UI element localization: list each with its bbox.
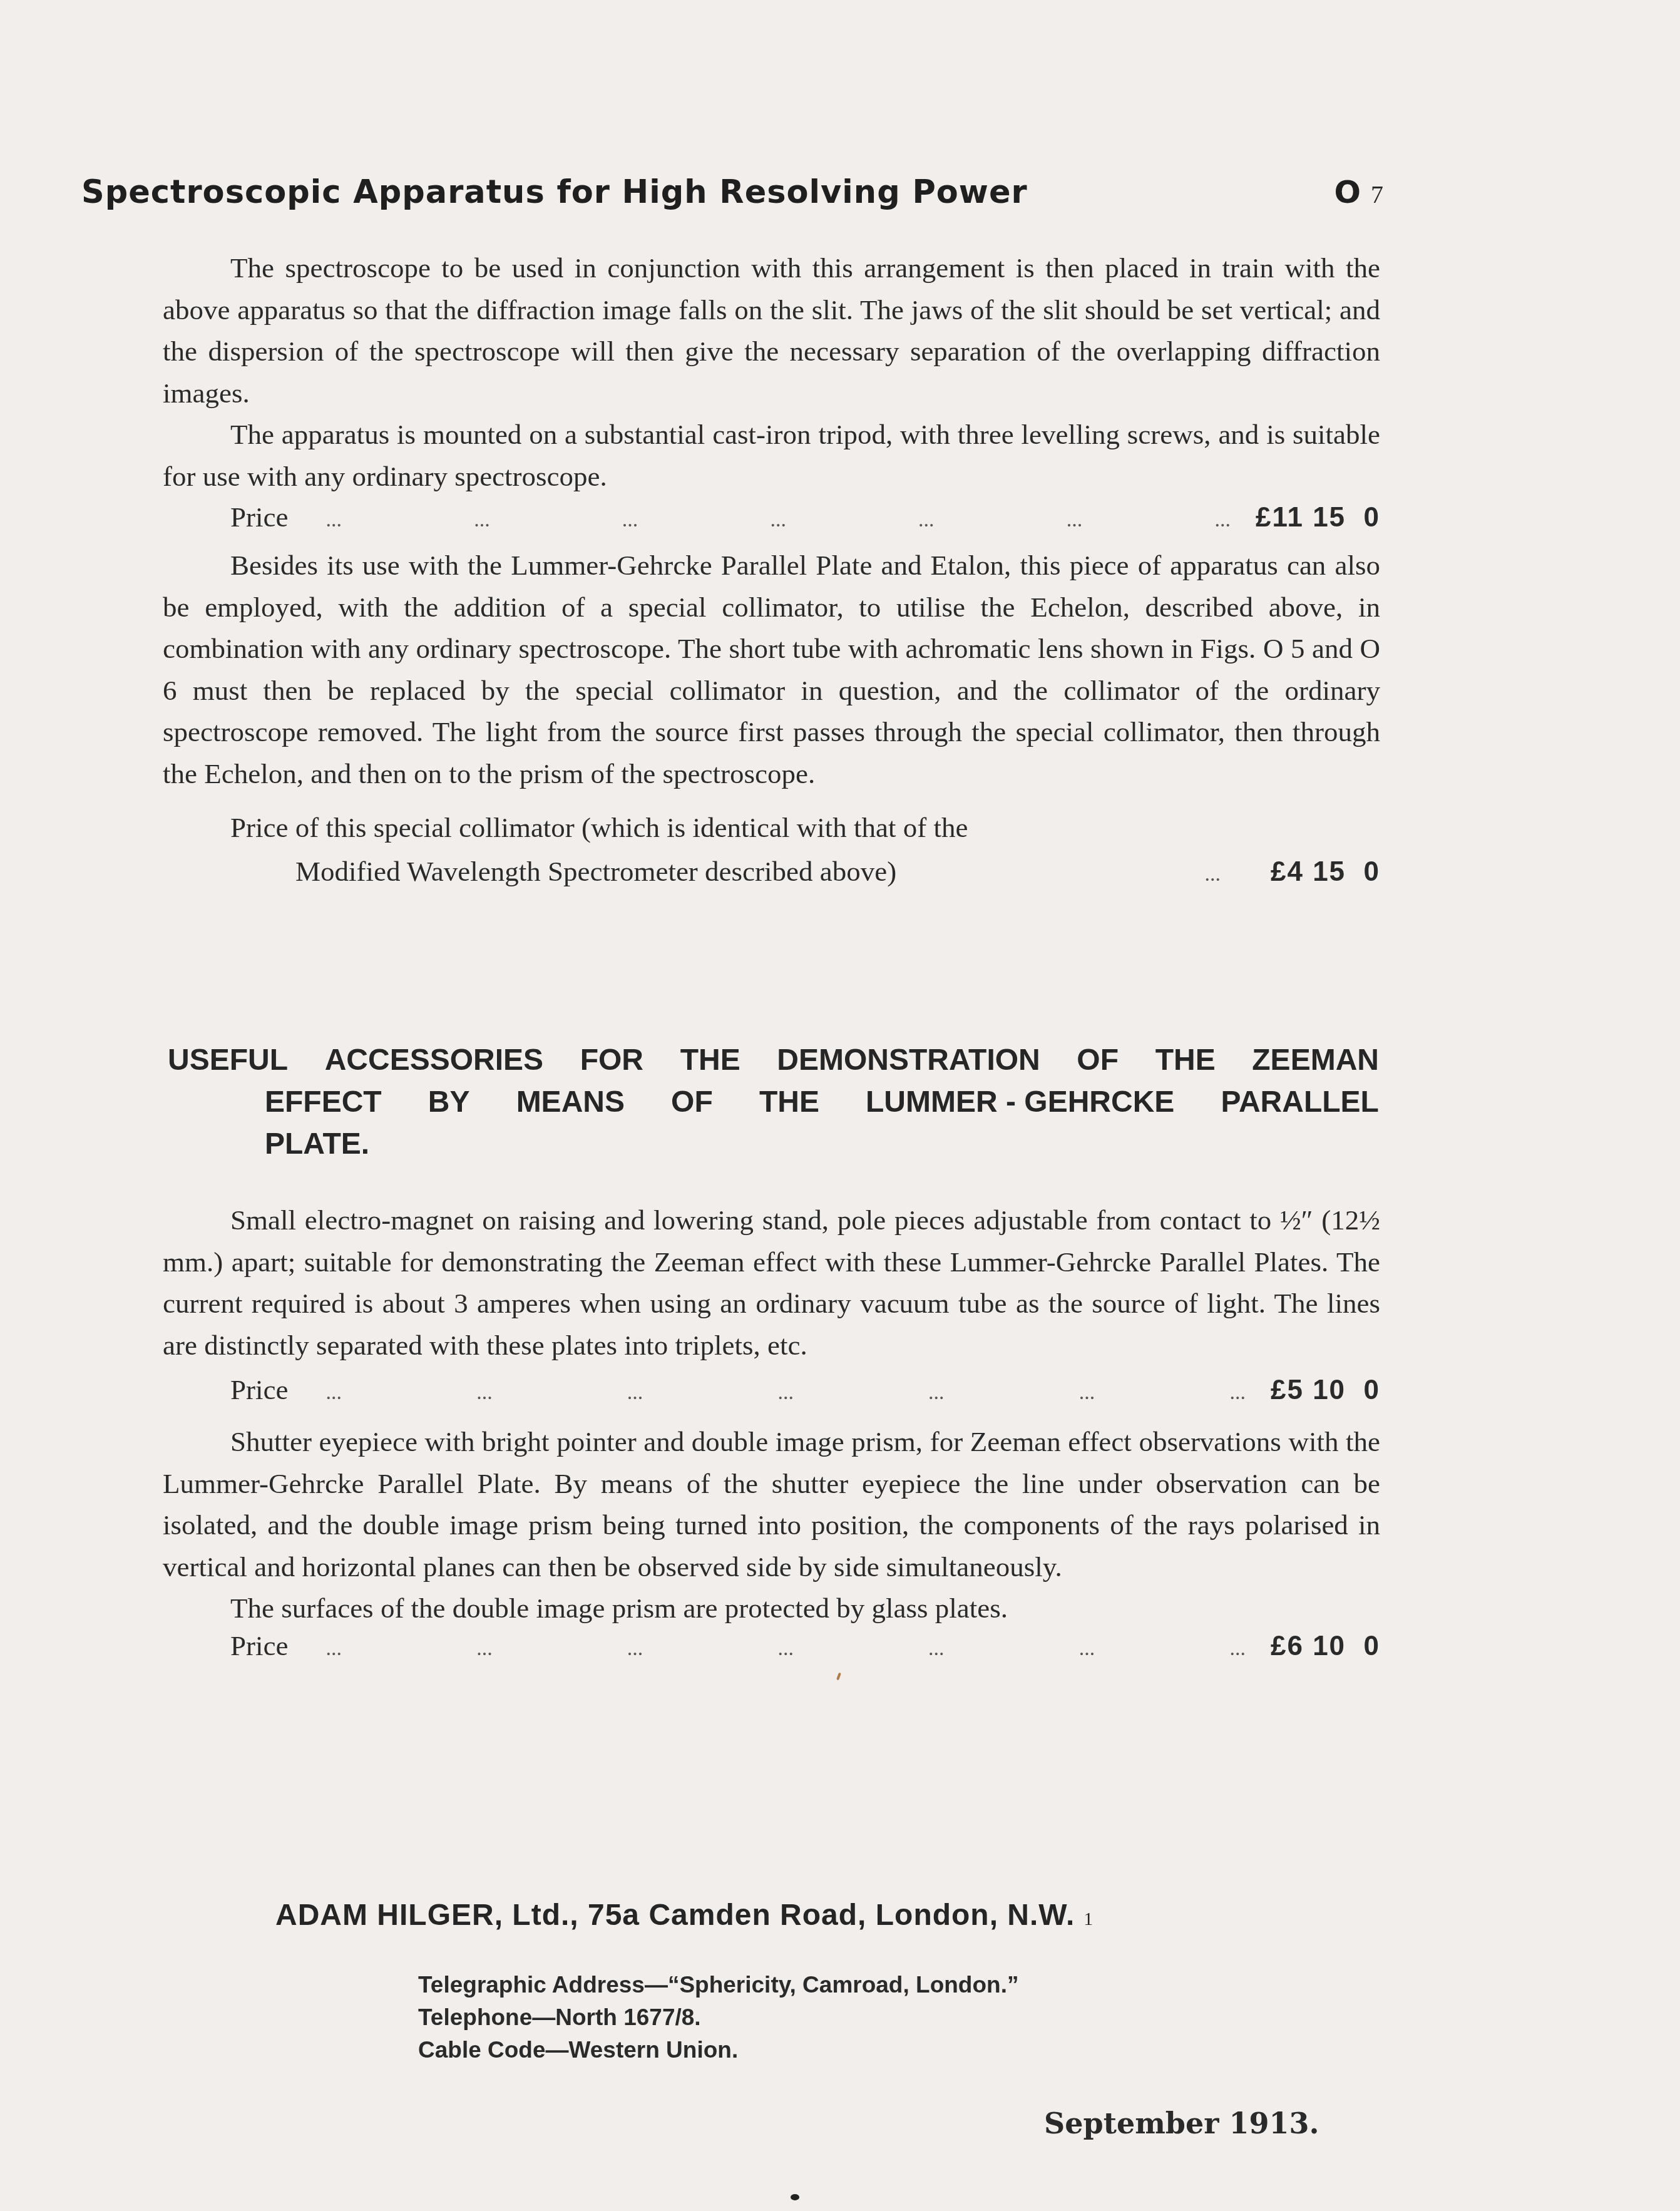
publication-date: September 1913. bbox=[1044, 2106, 1319, 2140]
page-title: Spectroscopic Apparatus for High Resolvi… bbox=[81, 174, 1028, 211]
leader-dots: ..................... bbox=[288, 508, 1255, 532]
section-heading-zeeman: USEFULACCESSORIESFORTHEDEMONSTRATIONOFTH… bbox=[168, 1039, 1379, 1165]
telegraphic-address: Telegraphic Address—“Sphericity, Camroad… bbox=[418, 1969, 1018, 2001]
heading-word: OF bbox=[1077, 1039, 1119, 1081]
upper-body: The spectroscope to be used in conjuncti… bbox=[163, 247, 1380, 896]
paragraph-glass-plates: The surfaces of the double image prism a… bbox=[163, 1588, 1380, 1629]
collimator-price-amount: £4 15 0 bbox=[1271, 850, 1380, 894]
price-amount: £5 10 0 bbox=[1271, 1375, 1380, 1406]
heading-word: DEMONSTRATION bbox=[777, 1039, 1040, 1081]
heading-word: ACCESSORIES bbox=[325, 1039, 543, 1081]
zeeman-body: Small electro-magnet on raising and lowe… bbox=[163, 1199, 1380, 1673]
page-number-value: 7 bbox=[1371, 180, 1383, 208]
paper-speck bbox=[836, 1673, 841, 1681]
price-row-electro-magnet: Price ..................... £5 10 0 bbox=[163, 1373, 1380, 1417]
page-header: Spectroscopic Apparatus for High Resolvi… bbox=[81, 174, 1383, 218]
firm-address: ADAM HILGER, Ltd., 75a Camden Road, Lond… bbox=[275, 1898, 1094, 1932]
paragraph-shutter-eyepiece: Shutter eyepiece with bright pointer and… bbox=[163, 1421, 1380, 1588]
heading-word: FOR bbox=[580, 1039, 643, 1081]
telephone: Telephone—North 1677/8. bbox=[418, 2001, 1018, 2034]
page-number: O7 bbox=[1334, 174, 1383, 210]
paragraph-tripod: The apparatus is mounted on a substantia… bbox=[163, 414, 1380, 497]
price-row-shutter-eyepiece: Price ..................... £6 10 0 bbox=[163, 1629, 1380, 1673]
catalogue-page: Spectroscopic Apparatus for High Resolvi… bbox=[0, 0, 1680, 2211]
collimator-price: Price of this special collimator (which … bbox=[163, 806, 1380, 896]
heading-word: PARALLEL bbox=[1221, 1081, 1379, 1123]
section-letter: O bbox=[1334, 174, 1361, 210]
heading-word: USEFUL bbox=[168, 1039, 288, 1081]
heading-word: LUMMER - GEHRCKE bbox=[866, 1081, 1174, 1123]
heading-word: ZEEMAN bbox=[1252, 1039, 1379, 1081]
heading-word: BY bbox=[428, 1081, 470, 1123]
heading-word: EFFECT bbox=[265, 1081, 382, 1123]
ink-blot bbox=[791, 2194, 799, 2200]
heading-word: THE bbox=[1155, 1039, 1216, 1081]
price-amount: £6 10 0 bbox=[1271, 1631, 1380, 1662]
paragraph-echelon-use: Besides its use with the Lummer-Gehrcke … bbox=[163, 545, 1380, 794]
heading-word: THE bbox=[759, 1081, 819, 1123]
cable-code: Cable Code—Western Union. bbox=[418, 2034, 1018, 2066]
heading-word: OF bbox=[671, 1081, 713, 1123]
price-amount: £11 15 0 bbox=[1256, 502, 1380, 533]
price-row-apparatus: Price ..................... £11 15 0 bbox=[163, 501, 1380, 545]
paragraph-electro-magnet: Small electro-magnet on raising and lowe… bbox=[163, 1199, 1380, 1366]
price-label: Price bbox=[230, 501, 288, 533]
paragraph-spectroscope-train: The spectroscope to be used in conjuncti… bbox=[163, 247, 1380, 414]
contact-details: Telegraphic Address—“Sphericity, Camroad… bbox=[418, 1969, 1018, 2066]
heading-word: THE bbox=[680, 1039, 740, 1081]
heading-word: MEANS bbox=[516, 1081, 625, 1123]
